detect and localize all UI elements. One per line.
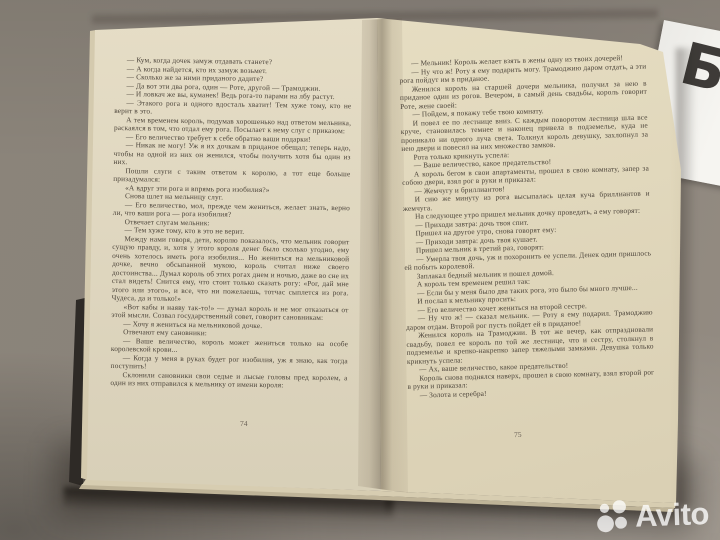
avito-logo-icon bbox=[595, 500, 630, 533]
left-page-text: — Кум, когда дочек замуж отдавать станет… bbox=[110, 56, 352, 391]
paragraph: Склонили сановники свои седые и лысые го… bbox=[110, 370, 347, 390]
avito-watermark: Avito bbox=[595, 497, 709, 533]
paragraph: — Никак не могу! Уж я их дочкам в придан… bbox=[113, 141, 350, 170]
paragraph: Между нами говоря, дети, королю показало… bbox=[112, 234, 350, 305]
table-surface: Б — Кум, когда дочек замуж отдавать стан… bbox=[0, 0, 720, 540]
left-page-number: 74 bbox=[240, 419, 248, 428]
avito-wordmark: Avito bbox=[634, 498, 709, 532]
right-page-text: — Мельник! Король желает взять в жены од… bbox=[399, 54, 655, 400]
right-page-number: 75 bbox=[514, 430, 522, 439]
